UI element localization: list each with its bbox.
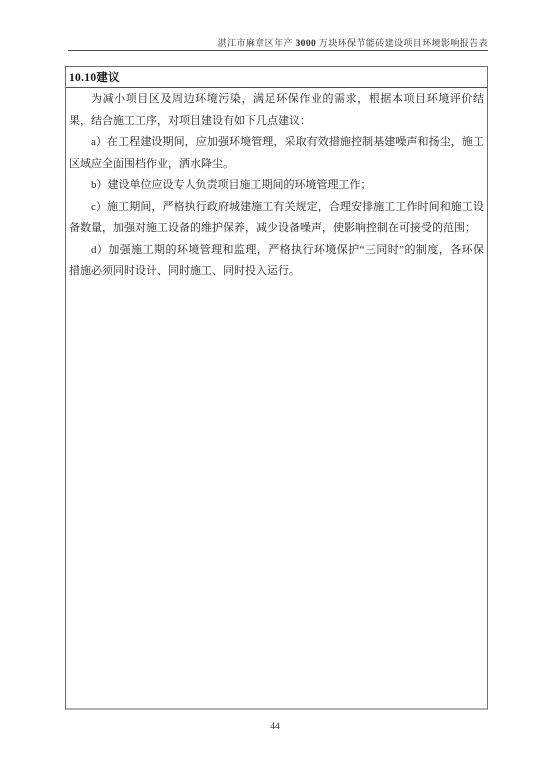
header-title-suffix: 万块环保节能砖建设项目环境影响报告表: [316, 38, 488, 48]
body-text-line: 为减小项目区及周边环境污染，满足环保作业的需求，根据本项目环境评价结: [69, 89, 484, 111]
body-text-line: d）加强施工期的环境管理和监理，严格执行环境保护“三同时”的制度，各环保: [69, 240, 484, 262]
section-heading-row: 10.10建议: [66, 67, 487, 88]
document-page: 湛江市麻章区年产 3000 万块环保节能砖建设项目环境影响报告表 10.10建议…: [0, 0, 550, 778]
page-header-title: 湛江市麻章区年产 3000 万块环保节能砖建设项目环境影响报告表: [65, 36, 488, 49]
content-table: 10.10建议 为减小项目区及周边环境污染，满足环保作业的需求，根据本项目环境评…: [65, 66, 488, 710]
page-footer: 44: [0, 722, 550, 732]
header-title-prefix: 湛江市麻章区年产: [218, 38, 296, 48]
body-text-line: 措施必须同时设计、同时施工、同时投入运行。: [69, 261, 484, 283]
header-title-number: 3000: [296, 39, 317, 49]
body-text-line: c）施工期间，严格执行政府城建施工有关规定，合理安排施工工作时间和施工设: [69, 197, 484, 219]
header-rule: [68, 50, 488, 51]
body-text-line: 果，结合施工工序，对项目建设有如下几点建议：: [69, 111, 484, 133]
page-number: 44: [270, 722, 280, 732]
section-heading: 10.10建议: [69, 69, 120, 85]
body-text-line: 备数量，加强对施工设备的维护保养，减少设备噪声，使影响控制在可接受的范围；: [69, 218, 484, 240]
section-body: 为减小项目区及周边环境污染，满足环保作业的需求，根据本项目环境评价结果，结合施工…: [66, 88, 487, 283]
body-text-line: 区域应全面围档作业，洒水降尘。: [69, 154, 484, 176]
body-text-line: a）在工程建设期间，应加强环境管理，采取有效措施控制基建噪声和扬尘，施工: [69, 132, 484, 154]
body-text-line: b）建设单位应设专人负责项目施工期间的环境管理工作；: [69, 175, 484, 197]
